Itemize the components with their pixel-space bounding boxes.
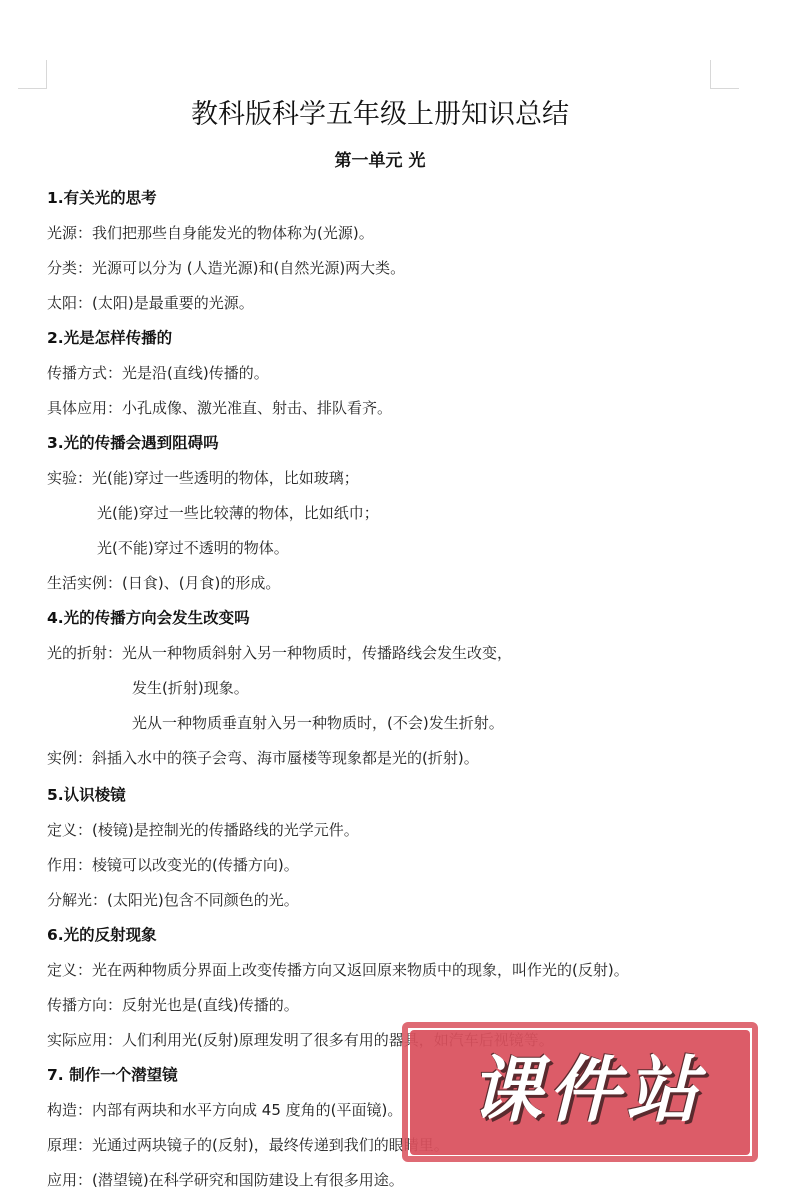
section-heading: 7. 制作一个潜望镜 <box>47 1065 178 1085</box>
section-heading: 4.光的传播方向会发生改变吗 <box>47 608 250 628</box>
text-line: 光的折射：光从一种物质斜射入另一种物质时，传播路线会发生改变， <box>47 643 512 663</box>
section-heading: 1.有关光的思考 <box>47 188 157 208</box>
text-line: 光(能)穿过一些比较薄的物体，比如纸巾； <box>97 503 379 523</box>
text-line: 发生(折射)现象。 <box>132 678 249 698</box>
text-line: 光源：我们把那些自身能发光的物体称为(光源)。 <box>47 223 374 243</box>
unit-title: 第一单元 光 <box>0 146 760 171</box>
text-line: 分类：光源可以分为 (人造光源)和(自然光源)两大类。 <box>47 258 405 278</box>
text-line: 实验：光(能)穿过一些透明的物体，比如玻璃； <box>47 468 359 488</box>
text-line: 构造：内部有两块和水平方向成 45 度角的(平面镜)。 <box>47 1100 402 1120</box>
text-line: 传播方向：反射光也是(直线)传播的。 <box>47 995 299 1015</box>
section-heading: 2.光是怎样传播的 <box>47 328 172 348</box>
page-corner-mark-top-right <box>710 60 739 89</box>
text-line: 实例：斜插入水中的筷子会弯、海市蜃楼等现象都是光的(折射)。 <box>47 748 479 768</box>
text-line: 分解光：(太阳光)包含不同颜色的光。 <box>47 890 299 910</box>
text-line: 传播方式：光是沿(直线)传播的。 <box>47 363 269 383</box>
text-line: 原理：光通过两块镜子的(反射)，最终传递到我们的眼睛里。 <box>47 1135 449 1155</box>
watermark-text: 课件站 <box>432 1040 742 1140</box>
text-line: 作用：棱镜可以改变光的(传播方向)。 <box>47 855 299 875</box>
text-line: 太阳：(太阳)是最重要的光源。 <box>47 293 254 313</box>
section-heading: 6.光的反射现象 <box>47 925 157 945</box>
text-line: 定义：光在两种物质分界面上改变传播方向又返回原来物质中的现象，叫作光的(反射)。 <box>47 960 629 980</box>
text-line: 光从一种物质垂直射入另一种物质时，(不会)发生折射。 <box>132 713 504 733</box>
page-corner-mark-top-left <box>18 60 47 89</box>
text-line: 光(不能)穿过不透明的物体。 <box>97 538 289 558</box>
text-line: 具体应用：小孔成像、激光准直、射击、排队看齐。 <box>47 398 392 418</box>
section-heading: 5.认识棱镜 <box>47 785 126 805</box>
text-line: 定义：(棱镜)是控制光的传播路线的光学元件。 <box>47 820 359 840</box>
text-line: 应用：(潜望镜)在科学研究和国防建设上有很多用途。 <box>47 1170 404 1190</box>
watermark-stamp: 课件站 <box>402 1022 762 1162</box>
document-title: 教科版科学五年级上册知识总结 <box>0 92 760 131</box>
section-heading: 3.光的传播会遇到阻碍吗 <box>47 433 219 453</box>
text-line: 生活实例：(日食)、(月食)的形成。 <box>47 573 280 593</box>
